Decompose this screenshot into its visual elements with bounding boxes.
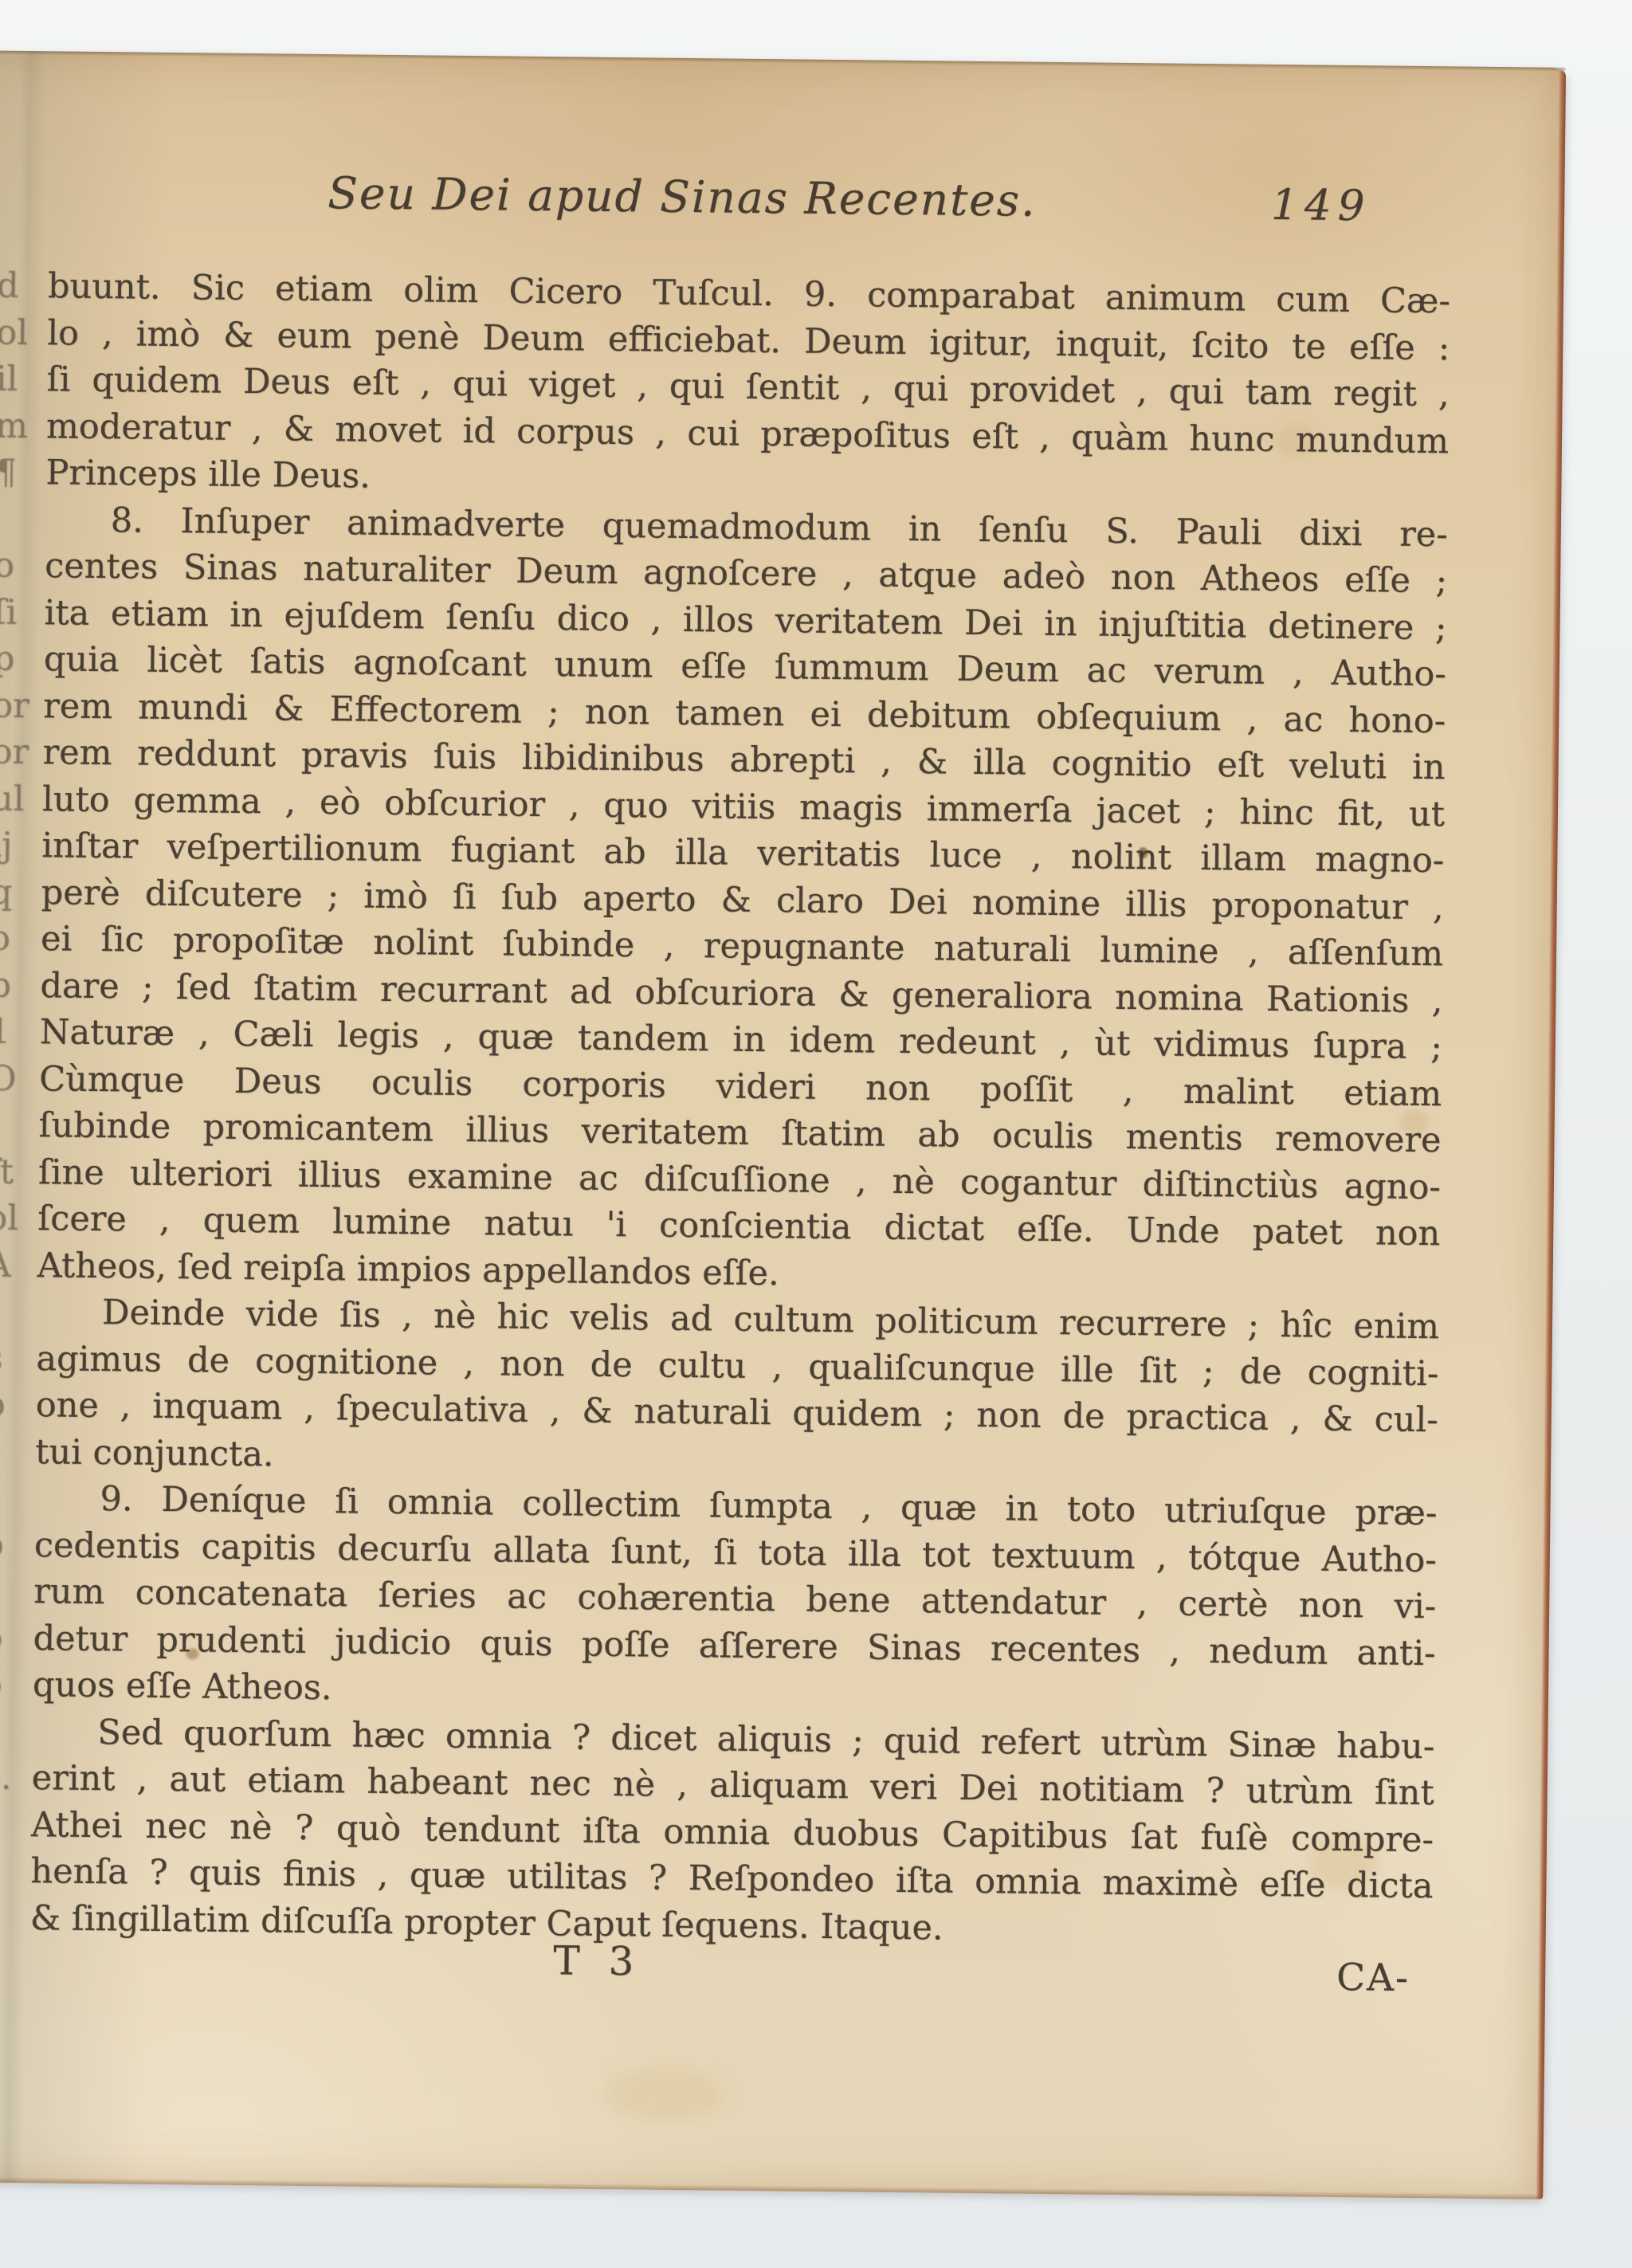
stain (603, 2066, 724, 2123)
gutter-fragment: o (0, 916, 36, 963)
gutter-fragment: ul (0, 775, 37, 822)
gutter-fragment: ij (0, 822, 37, 869)
scan-background: Seu Dei apud Sinas Recentes. 149 d buunt… (0, 0, 1632, 2268)
gutter-fragment: o (0, 1382, 31, 1429)
gutter-fragment: p (0, 636, 39, 683)
text-block: d buunt. Sic etiam olim Cicero Tuſcul. 9… (30, 263, 1451, 1956)
gutter-fragment: ſt (0, 1148, 33, 1195)
gutter-fragment: o (0, 1662, 28, 1709)
gutter-fragment: or (0, 729, 38, 776)
gutter-fragment: ſi (0, 589, 40, 636)
gutter-fragment: o (0, 1615, 29, 1662)
running-head: Seu Dei apud Sinas Recentes. 149 (49, 164, 1452, 248)
gutter-fragment: l (0, 1848, 26, 1895)
gutter-fragment: 1 (0, 1009, 35, 1056)
book-page: Seu Dei apud Sinas Recentes. 149 d buunt… (0, 50, 1566, 2199)
gutter-fragment: il (0, 356, 42, 403)
gutter-fragment: t (0, 1428, 31, 1475)
gutter-fragment: b (0, 962, 36, 1009)
gutter-fragment: 3 (0, 1894, 25, 1941)
signature-mark: T 3 (553, 1937, 642, 1984)
gutter-fragment: o (0, 543, 41, 590)
gutter-fragment: O (0, 1055, 35, 1102)
gutter-fragment: or (0, 682, 39, 729)
page-number: 149 (1271, 181, 1371, 230)
gutter-fragment: ol (0, 1195, 33, 1242)
page-right-edge (1536, 69, 1566, 2199)
gutter-fragment: o (0, 1521, 29, 1568)
page-bottom-edge (0, 2176, 1541, 2199)
running-title: Seu Dei apud Sinas Recentes. (328, 167, 1037, 226)
catchword: CA- (1336, 1956, 1410, 2000)
gutter-fragment: s (0, 1335, 32, 1382)
gutter-fragment: ol (0, 309, 43, 356)
gutter-fragment: A (0, 1242, 33, 1289)
gutter-fragment: q (0, 869, 37, 916)
gutter-fragment: o. (0, 1755, 27, 1802)
gutter-fragment: d (0, 263, 43, 310)
gutter-fragment: r (0, 1568, 29, 1615)
gutter-fragment: i (0, 1102, 34, 1149)
gutter-fragment: ¶ (0, 449, 41, 496)
gutter-fragment: m (0, 402, 41, 449)
